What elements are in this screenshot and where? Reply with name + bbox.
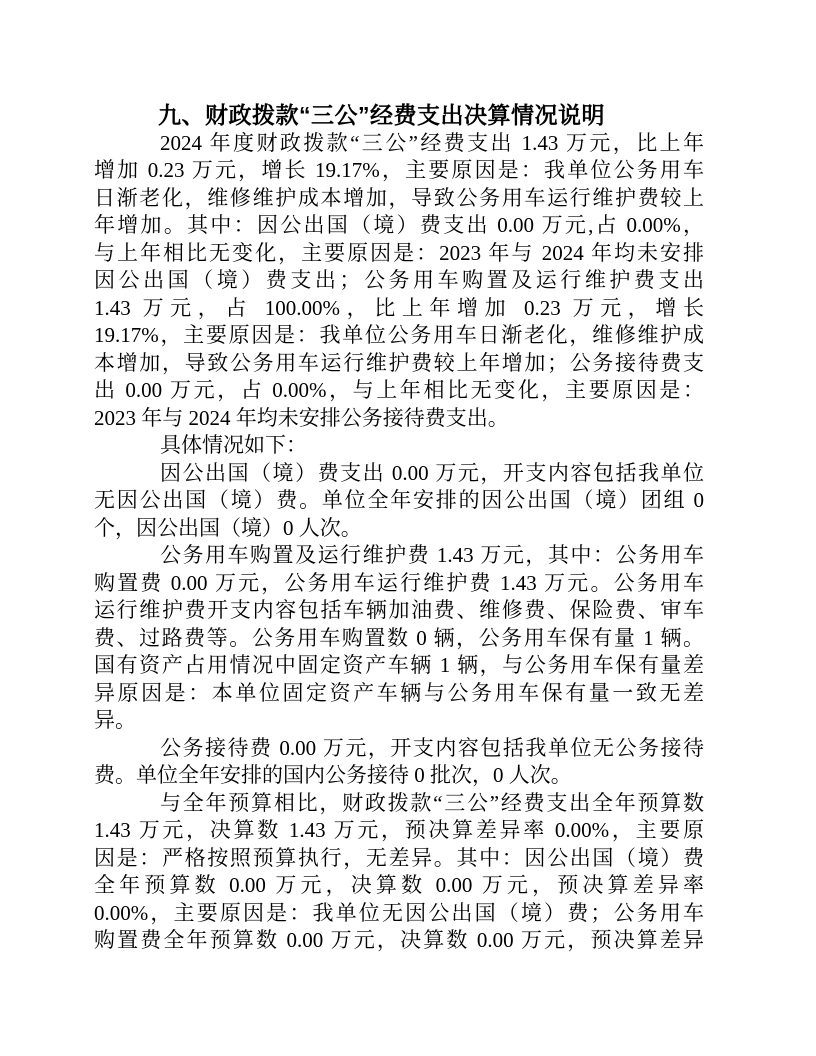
section-heading: 九、财政拨款“三公”经费支出决算情况说明: [94, 102, 704, 130]
paragraph: 公务接待费 0.00 万元，开支内容包括我单位无公务接待费。单位全年安排的国内公…: [94, 735, 704, 790]
text-line: 个，因公出国（境）0 人次。: [94, 515, 704, 543]
text-line: 费、过路费等。公务用车购置数 0 辆，公务用车保有量 1 辆。: [94, 625, 704, 653]
text-line: 费。单位全年安排的国内公务接待 0 批次，0 人次。: [94, 762, 704, 790]
text-line: 与上年相比无变化，主要原因是：2023 年与 2024 年均未安排: [94, 240, 704, 268]
text-line: 异原因是：本单位固定资产车辆与公务用车保有量一致无差: [94, 680, 704, 708]
text-line: 国有资产占用情况中固定资产车辆 1 辆，与公务用车保有量差: [94, 652, 704, 680]
text-line: 19.17%，主要原因是：我单位公务用车日渐老化，维修维护成: [94, 322, 704, 350]
text-line: 与全年预算相比，财政拨款“三公”经费支出全年预算数: [94, 790, 704, 818]
text-line: 2023 年与 2024 年均未安排公务接待费支出。: [94, 405, 704, 433]
paragraph: 具体情况如下：: [94, 432, 704, 460]
text-line: 购置费全年预算数 0.00 万元，决算数 0.00 万元，预决算差异: [94, 927, 704, 955]
paragraph: 公务用车购置及运行维护费 1.43 万元，其中：公务用车购置费 0.00 万元，…: [94, 542, 704, 735]
text-line: 0.00%，主要原因是：我单位无因公出国（境）费；公务用车: [94, 900, 704, 928]
text-line: 异。: [94, 707, 704, 735]
text-line: 日渐老化，维修维护成本增加，导致公务用车运行维护费较上: [94, 185, 704, 213]
text-line: 因公出国（境）费支出；公务用车购置及运行维护费支出: [94, 267, 704, 295]
text-line: 购置费 0.00 万元，公务用车运行维护费 1.43 万元。公务用车: [94, 570, 704, 598]
paragraph: 与全年预算相比，财政拨款“三公”经费支出全年预算数1.43 万元，决算数 1.4…: [94, 790, 704, 955]
text-line: 具体情况如下：: [94, 432, 704, 460]
text-line: 无因公出国（境）费。单位全年安排的因公出国（境）团组 0: [94, 487, 704, 515]
text-line: 因是：严格按照预算执行，无差异。其中：因公出国（境）费: [94, 845, 704, 873]
text-line: 全年预算数 0.00 万元，决算数 0.00 万元，预决算差异率: [94, 872, 704, 900]
text-line: 本增加，导致公务用车运行维护费较上年增加；公务接待费支: [94, 350, 704, 378]
text-line: 公务接待费 0.00 万元，开支内容包括我单位无公务接待: [94, 735, 704, 763]
text-line: 2024 年度财政拨款“三公”经费支出 1.43 万元，比上年: [94, 130, 704, 158]
text-line: 年增加。其中：因公出国（境）费支出 0.00 万元,占 0.00%，: [94, 212, 704, 240]
text-line: 运行维护费开支内容包括车辆加油费、维修费、保险费、审车: [94, 597, 704, 625]
text-line: 出 0.00 万元，占 0.00%，与上年相比无变化，主要原因是：: [94, 377, 704, 405]
paragraph: 因公出国（境）费支出 0.00 万元，开支内容包括我单位无因公出国（境）费。单位…: [94, 460, 704, 543]
text-line: 1.43 万元，决算数 1.43 万元，预决算差异率 0.00%，主要原: [94, 817, 704, 845]
text-line: 增加 0.23 万元，增长 19.17%，主要原因是：我单位公务用车: [94, 157, 704, 185]
text-line: 因公出国（境）费支出 0.00 万元，开支内容包括我单位: [94, 460, 704, 488]
document-body: 2024 年度财政拨款“三公”经费支出 1.43 万元，比上年增加 0.23 万…: [94, 130, 704, 955]
text-line: 1.43 万元，占 100.00%，比上年增加 0.23 万元，增长: [94, 295, 704, 323]
document-page: 九、财政拨款“三公”经费支出决算情况说明 2024 年度财政拨款“三公”经费支出…: [0, 0, 816, 1056]
paragraph: 2024 年度财政拨款“三公”经费支出 1.43 万元，比上年增加 0.23 万…: [94, 130, 704, 433]
text-line: 公务用车购置及运行维护费 1.43 万元，其中：公务用车: [94, 542, 704, 570]
